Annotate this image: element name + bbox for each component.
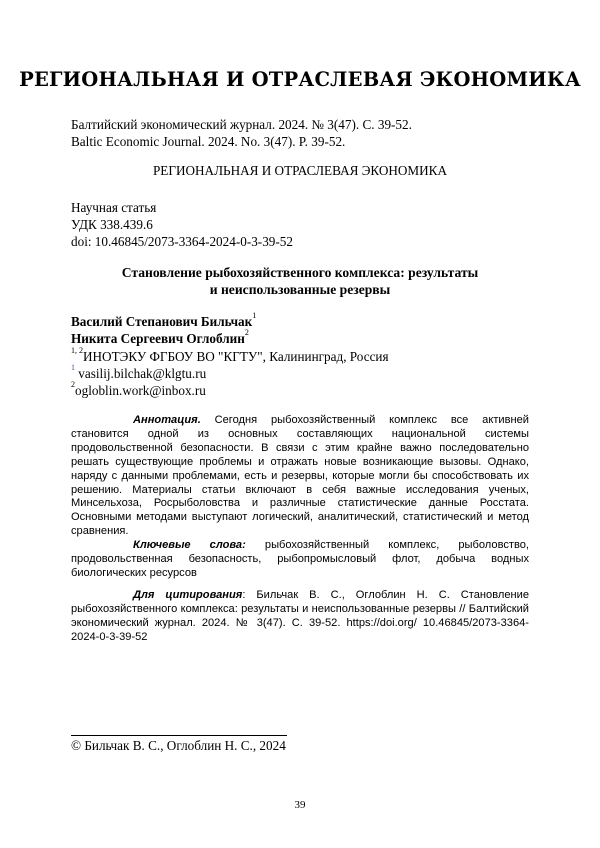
article-title-line-1: Становление рыбохозяйственного комплекса… (71, 264, 529, 281)
footnote-divider (71, 735, 287, 736)
authors-block: Василий Степанович Бильчак1 Никита Серге… (71, 313, 389, 399)
doi[interactable]: doi: 10.46845/2073-3364-2024-0-3-39-52 (71, 233, 293, 250)
affiliation: 1, 2ИНОТЭКУ ФГБОУ ВО "КГТУ", Калининград… (71, 348, 389, 365)
article-title: Становление рыбохозяйственного комплекса… (71, 264, 529, 298)
page-number: 39 (0, 799, 600, 811)
copyright-notice: © Бильчак В. С., Оглоблин Н. С., 2024 (71, 738, 286, 754)
email-address[interactable]: ogloblin.work@inbox.ru (75, 383, 206, 398)
affiliation-text: ИНОТЭКУ ФГБОУ ВО "КГТУ", Калининград, Ро… (83, 349, 389, 364)
email-2: 2ogloblin.work@inbox.ru (71, 382, 389, 399)
abstract-text: Сегодня рыбохозяйственный комплекс все а… (71, 414, 529, 537)
keywords-label: Ключевые слова: (133, 539, 246, 551)
abstract-block: Аннотация. Сегодня рыбохозяйственный ком… (71, 414, 529, 645)
section-header: РЕГИОНАЛЬНАЯ И ОТРАСЛЕВАЯ ЭКОНОМИКА (0, 68, 600, 91)
abstract: Аннотация. Сегодня рыбохозяйственный ком… (71, 414, 529, 539)
email-1: 1 vasilij.bilchak@klgtu.ru (71, 365, 389, 382)
citation-label: Для цитирования (133, 589, 242, 601)
citation: Для цитирования: Бильчак В. С., Оглоблин… (71, 589, 529, 645)
article-type: Научная статья (71, 199, 293, 216)
author-1: Василий Степанович Бильчак1 (71, 313, 389, 330)
journal-reference-en: Baltic Economic Journal. 2024. No. 3(47)… (71, 133, 412, 150)
journal-reference-ru: Балтийский экономический журнал. 2024. №… (71, 116, 412, 133)
article-meta: Научная статья УДК 338.439.6 doi: 10.468… (71, 199, 293, 250)
author-2: Никита Сергеевич Оглоблин2 (71, 330, 389, 347)
abstract-label: Аннотация. (133, 414, 201, 426)
rubric: РЕГИОНАЛЬНАЯ И ОТРАСЛЕВАЯ ЭКОНОМИКА (0, 163, 600, 179)
author-name: Василий Степанович Бильчак (71, 314, 252, 329)
email-address[interactable]: vasilij.bilchak@klgtu.ru (75, 366, 206, 381)
author-superscript: 1 (252, 311, 256, 320)
journal-reference: Балтийский экономический журнал. 2024. №… (71, 116, 412, 150)
email-superscript: 1 (71, 363, 75, 372)
author-name: Никита Сергеевич Оглоблин (71, 331, 245, 346)
udc-code: УДК 338.439.6 (71, 216, 293, 233)
email-superscript: 2 (71, 380, 75, 389)
keywords: Ключевые слова: рыбохозяйственный компле… (71, 539, 529, 581)
article-title-line-2: и неиспользованные резервы (71, 281, 529, 298)
author-superscript: 2 (245, 328, 249, 337)
affiliation-superscript: 1, 2 (71, 346, 83, 355)
